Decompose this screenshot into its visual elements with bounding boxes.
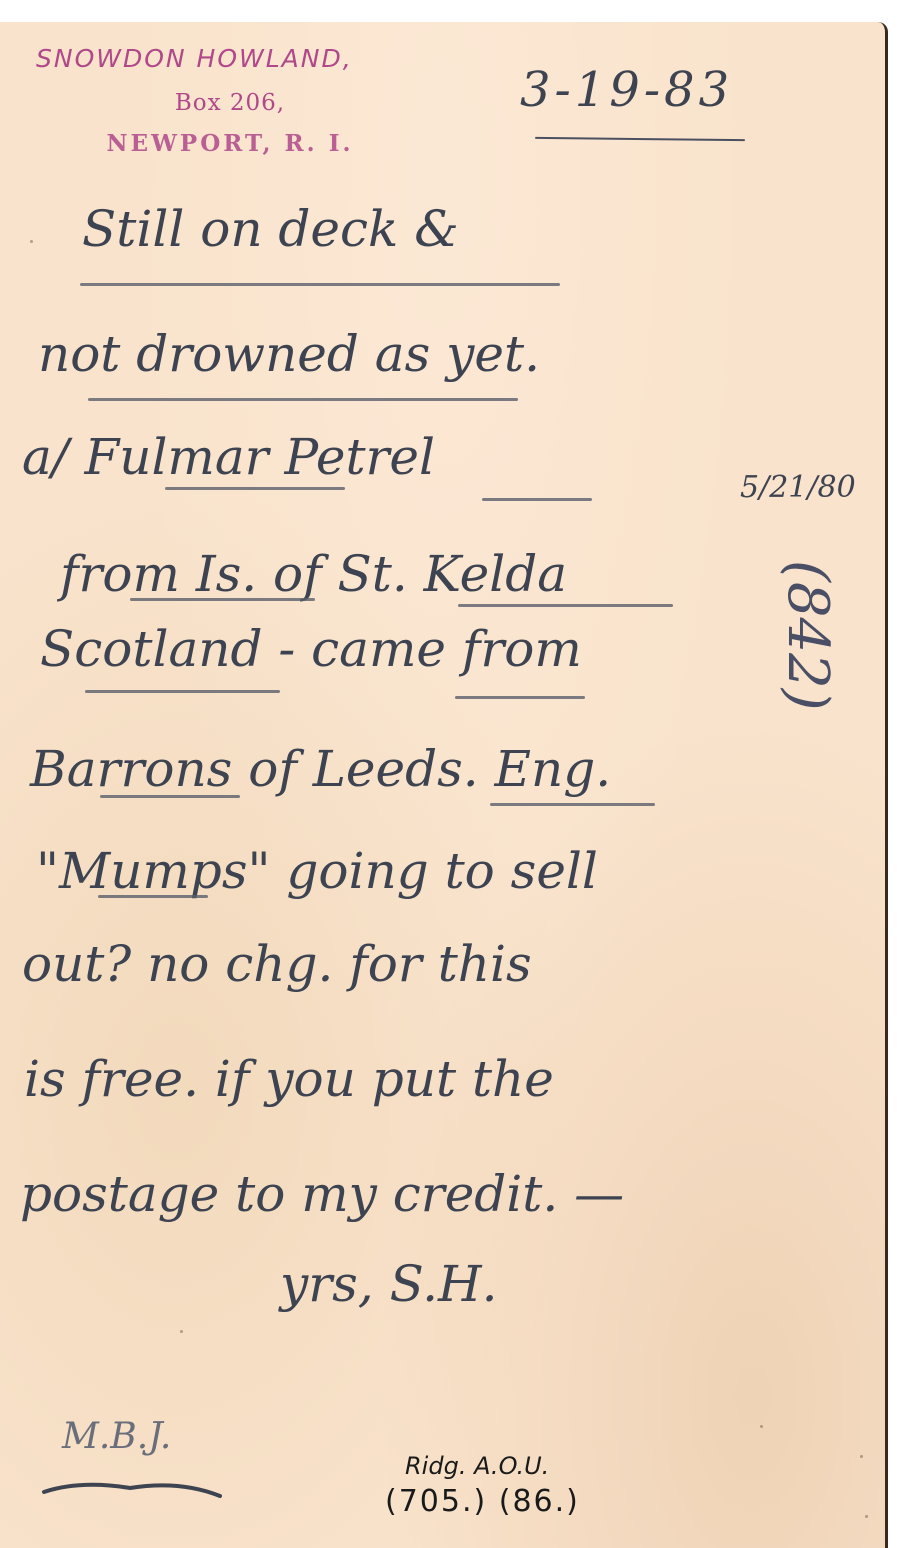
footer-initials: M.B.J. bbox=[62, 1416, 171, 1457]
body-line-10: postage to my credit. — bbox=[20, 1165, 624, 1223]
underline-4a bbox=[130, 598, 315, 601]
body-line-7: "Mumps" going to sell bbox=[36, 842, 598, 900]
paper-speck bbox=[860, 1455, 863, 1458]
letterhead-name: SNOWDON HOWLAND, bbox=[36, 44, 426, 73]
underline-5a bbox=[85, 690, 280, 693]
initials-flourish bbox=[40, 1476, 225, 1500]
handwritten-date: 3-19-83 bbox=[520, 62, 733, 118]
underline-3a bbox=[165, 487, 345, 490]
specimen-date: 5/21/80 bbox=[740, 470, 856, 505]
underline-3b bbox=[482, 498, 592, 501]
body-line-8: out? no chg. for this bbox=[22, 935, 532, 993]
underline-1 bbox=[80, 283, 560, 286]
underline-6b bbox=[490, 803, 655, 806]
underline-2 bbox=[88, 398, 518, 401]
paper-speck bbox=[180, 1330, 183, 1333]
body-line-9: is free. if you put the bbox=[24, 1050, 554, 1108]
underline-6a bbox=[100, 795, 240, 798]
paper-speck bbox=[760, 1425, 763, 1428]
body-line-2: not drowned as yet. bbox=[38, 325, 540, 383]
body-line-1: Still on deck & bbox=[82, 200, 459, 258]
body-line-3: a/ Fulmar Petrel bbox=[22, 428, 435, 486]
underline-5b bbox=[455, 696, 585, 699]
letterhead-city: NEWPORT, R. I. bbox=[40, 130, 420, 157]
signature: yrs, S.H. bbox=[280, 1255, 497, 1313]
registry-numbers: (705.) (86.) bbox=[385, 1484, 580, 1519]
registry-label: Ridg. A.O.U. bbox=[405, 1452, 549, 1480]
body-line-4: from Is. of St. Kelda bbox=[60, 545, 567, 603]
margin-catalog-number: (842) bbox=[775, 560, 840, 711]
underline-7 bbox=[98, 895, 208, 898]
paper-speck bbox=[30, 240, 33, 243]
body-line-5: Scotland - came from bbox=[40, 620, 582, 678]
letterhead-box: Box 206, bbox=[120, 90, 340, 116]
paper-speck bbox=[865, 1515, 868, 1518]
underline-4b bbox=[458, 604, 673, 607]
body-line-6: Barrons of Leeds. Eng. bbox=[30, 740, 611, 798]
